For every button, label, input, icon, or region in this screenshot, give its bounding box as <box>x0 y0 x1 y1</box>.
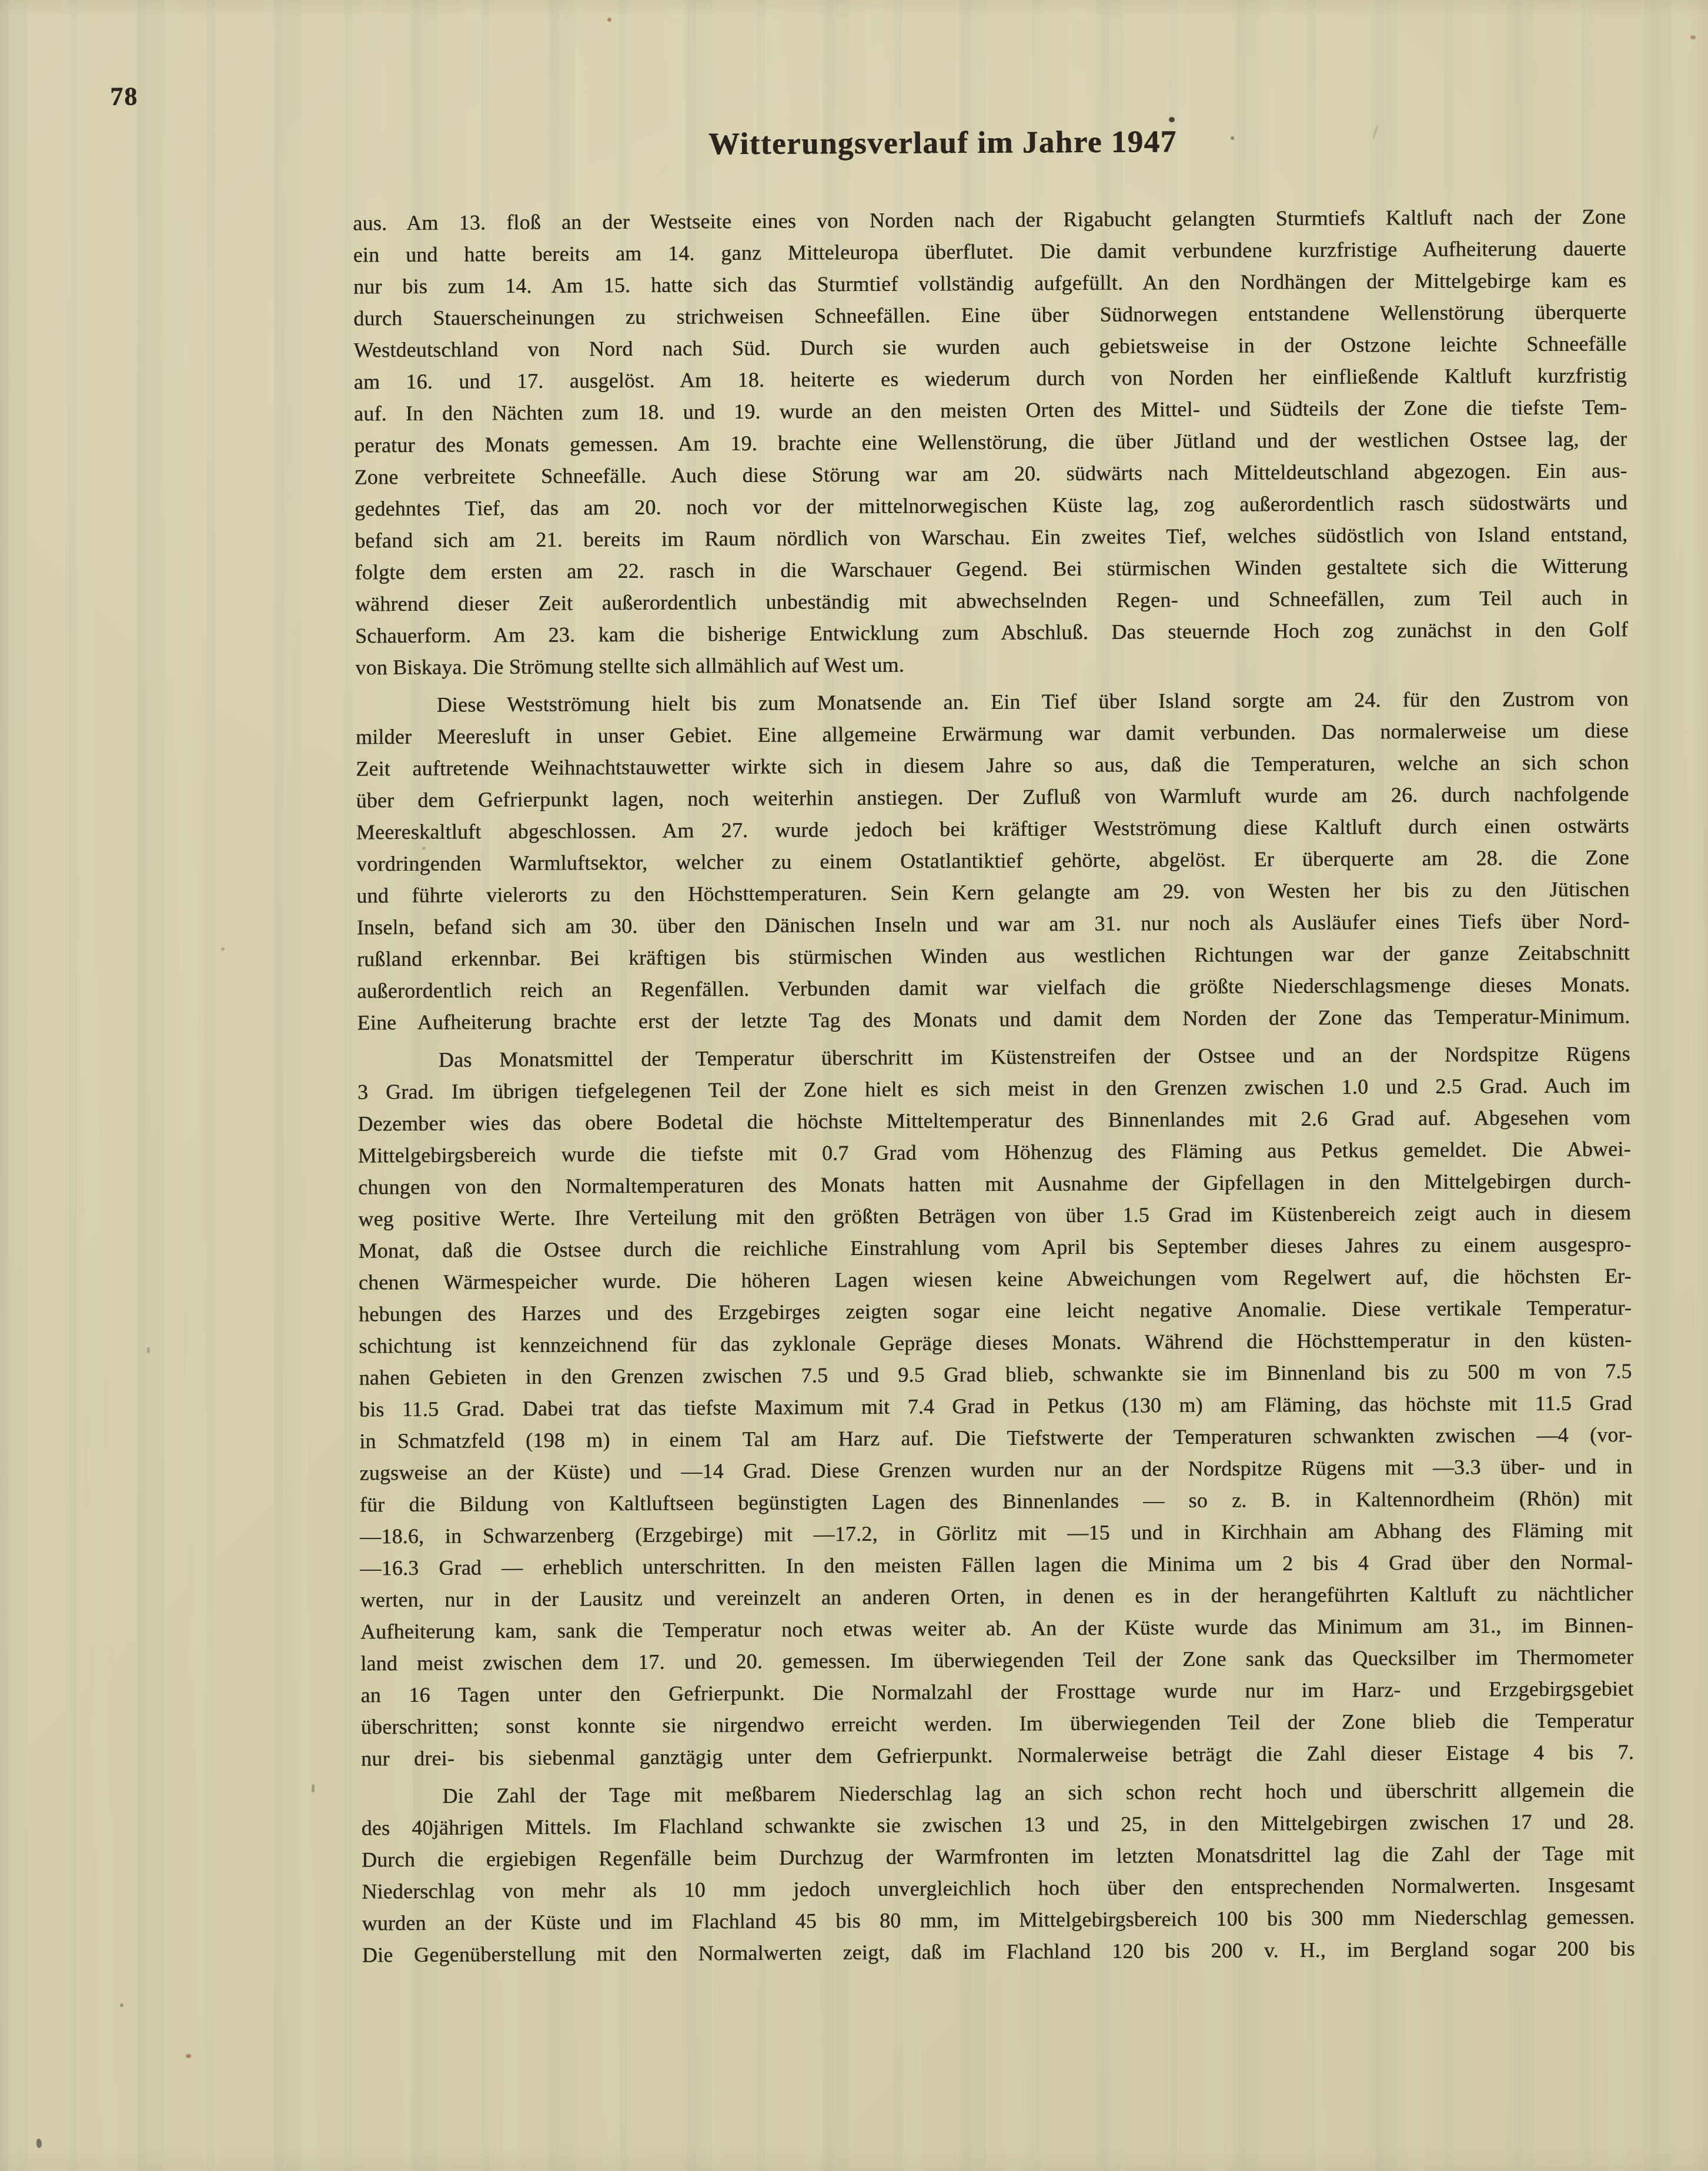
text-block: aus. Am 13. floß an der Westseite eines … <box>353 200 1635 1971</box>
paragraph: aus. Am 13. floß an der Westseite eines … <box>353 200 1628 683</box>
paragraph: Diese Westströmung hielt bis zum Monatse… <box>355 683 1630 1038</box>
text-line: Eine Aufheiterung brachte erst der letzt… <box>357 1000 1630 1038</box>
text-line: von Biskaya. Die Strömung stellte sich a… <box>355 645 1628 683</box>
text-line: Schauerform. Am 23. kam die bisherige En… <box>355 613 1628 651</box>
text-line: nur drei- bis siebenmal ganztägig unter … <box>361 1736 1634 1774</box>
text-line: Die Gegenüberstellung mit den Normalwert… <box>362 1932 1635 1971</box>
paragraph: Die Zahl der Tage mit meßbarem Niedersch… <box>361 1774 1635 1971</box>
page-title: Witterungsverlauf im Jahre 1947 <box>352 122 1625 163</box>
page-content: 78 Witterungsverlauf im Jahre 1947 aus. … <box>0 0 1708 2171</box>
page-number: 78 <box>110 81 138 111</box>
paragraph: Das Monatsmittel der Temperatur überschr… <box>357 1038 1634 1774</box>
scanned-page: 78 Witterungsverlauf im Jahre 1947 aus. … <box>0 0 1708 2171</box>
